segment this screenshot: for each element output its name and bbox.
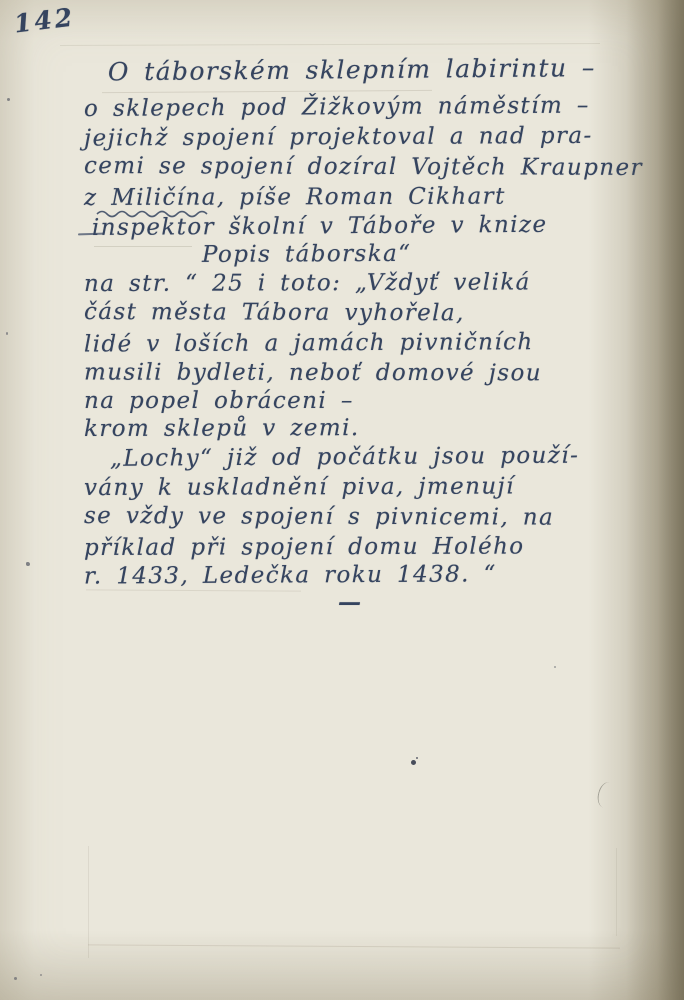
page-shadow-right — [626, 0, 684, 1000]
dust-speck — [554, 666, 556, 668]
page-number: 142 — [12, 2, 76, 38]
impression-line-left — [88, 846, 89, 958]
manuscript-line: o sklepech pod Žižkovým náměstím – — [84, 90, 664, 124]
manuscript-line: na str. “ 25 i toto: „Vždyť veliká — [84, 267, 664, 299]
wavy-underline — [96, 209, 214, 219]
impression-line-right — [616, 848, 617, 936]
manuscript-line: cemi se spojení dozíral Vojtěch Kraupner — [84, 151, 664, 183]
closing-dash: — — [84, 588, 664, 618]
impression-line-bottom — [88, 944, 620, 948]
ink-speck — [416, 757, 418, 759]
manuscript-line: r. 1433, Ledečka roku 1438. “ — [84, 560, 664, 589]
manuscript-line: příklad při spojení domu Holého — [84, 531, 664, 563]
inspektor-underline — [94, 246, 192, 247]
manuscript-line: krom sklepů v zemi. — [84, 413, 664, 443]
edge-speck — [7, 98, 10, 101]
manuscript-line: lidé v loších a jamách pivničních — [84, 326, 664, 359]
manuscript-line: se vždy ve spojení s pivnicemi, na — [84, 501, 664, 533]
edge-speck — [6, 332, 8, 335]
manuscript-page: 142 O táborském sklepním labirintu – o s… — [0, 0, 684, 1000]
edge-speck — [14, 977, 17, 980]
manuscript-line: jejichž spojení projektoval a nad pra- — [84, 120, 664, 153]
manuscript-line-book-title: Popis táborska“ — [84, 238, 664, 269]
manuscript-line: část města Tábora vyhořela, — [84, 297, 664, 329]
manuscript-line: musili bydleti, neboť domové jsou — [84, 357, 664, 388]
margin-mark — [26, 562, 30, 566]
manuscript-line: „Lochy“ již od počátku jsou použí- — [84, 440, 664, 474]
pencil-arc — [595, 780, 618, 809]
manuscript-text: O táborském sklepním labirintu – o sklep… — [84, 52, 664, 618]
manuscript-line: O táborském sklepním labirintu – — [84, 49, 664, 94]
edge-speck — [40, 974, 42, 976]
crease-line-top — [60, 43, 600, 46]
manuscript-line: vány k uskladnění piva, jmenují — [84, 471, 664, 503]
manuscript-line: na popel obráceni – — [84, 388, 664, 414]
ink-speck — [411, 760, 416, 765]
